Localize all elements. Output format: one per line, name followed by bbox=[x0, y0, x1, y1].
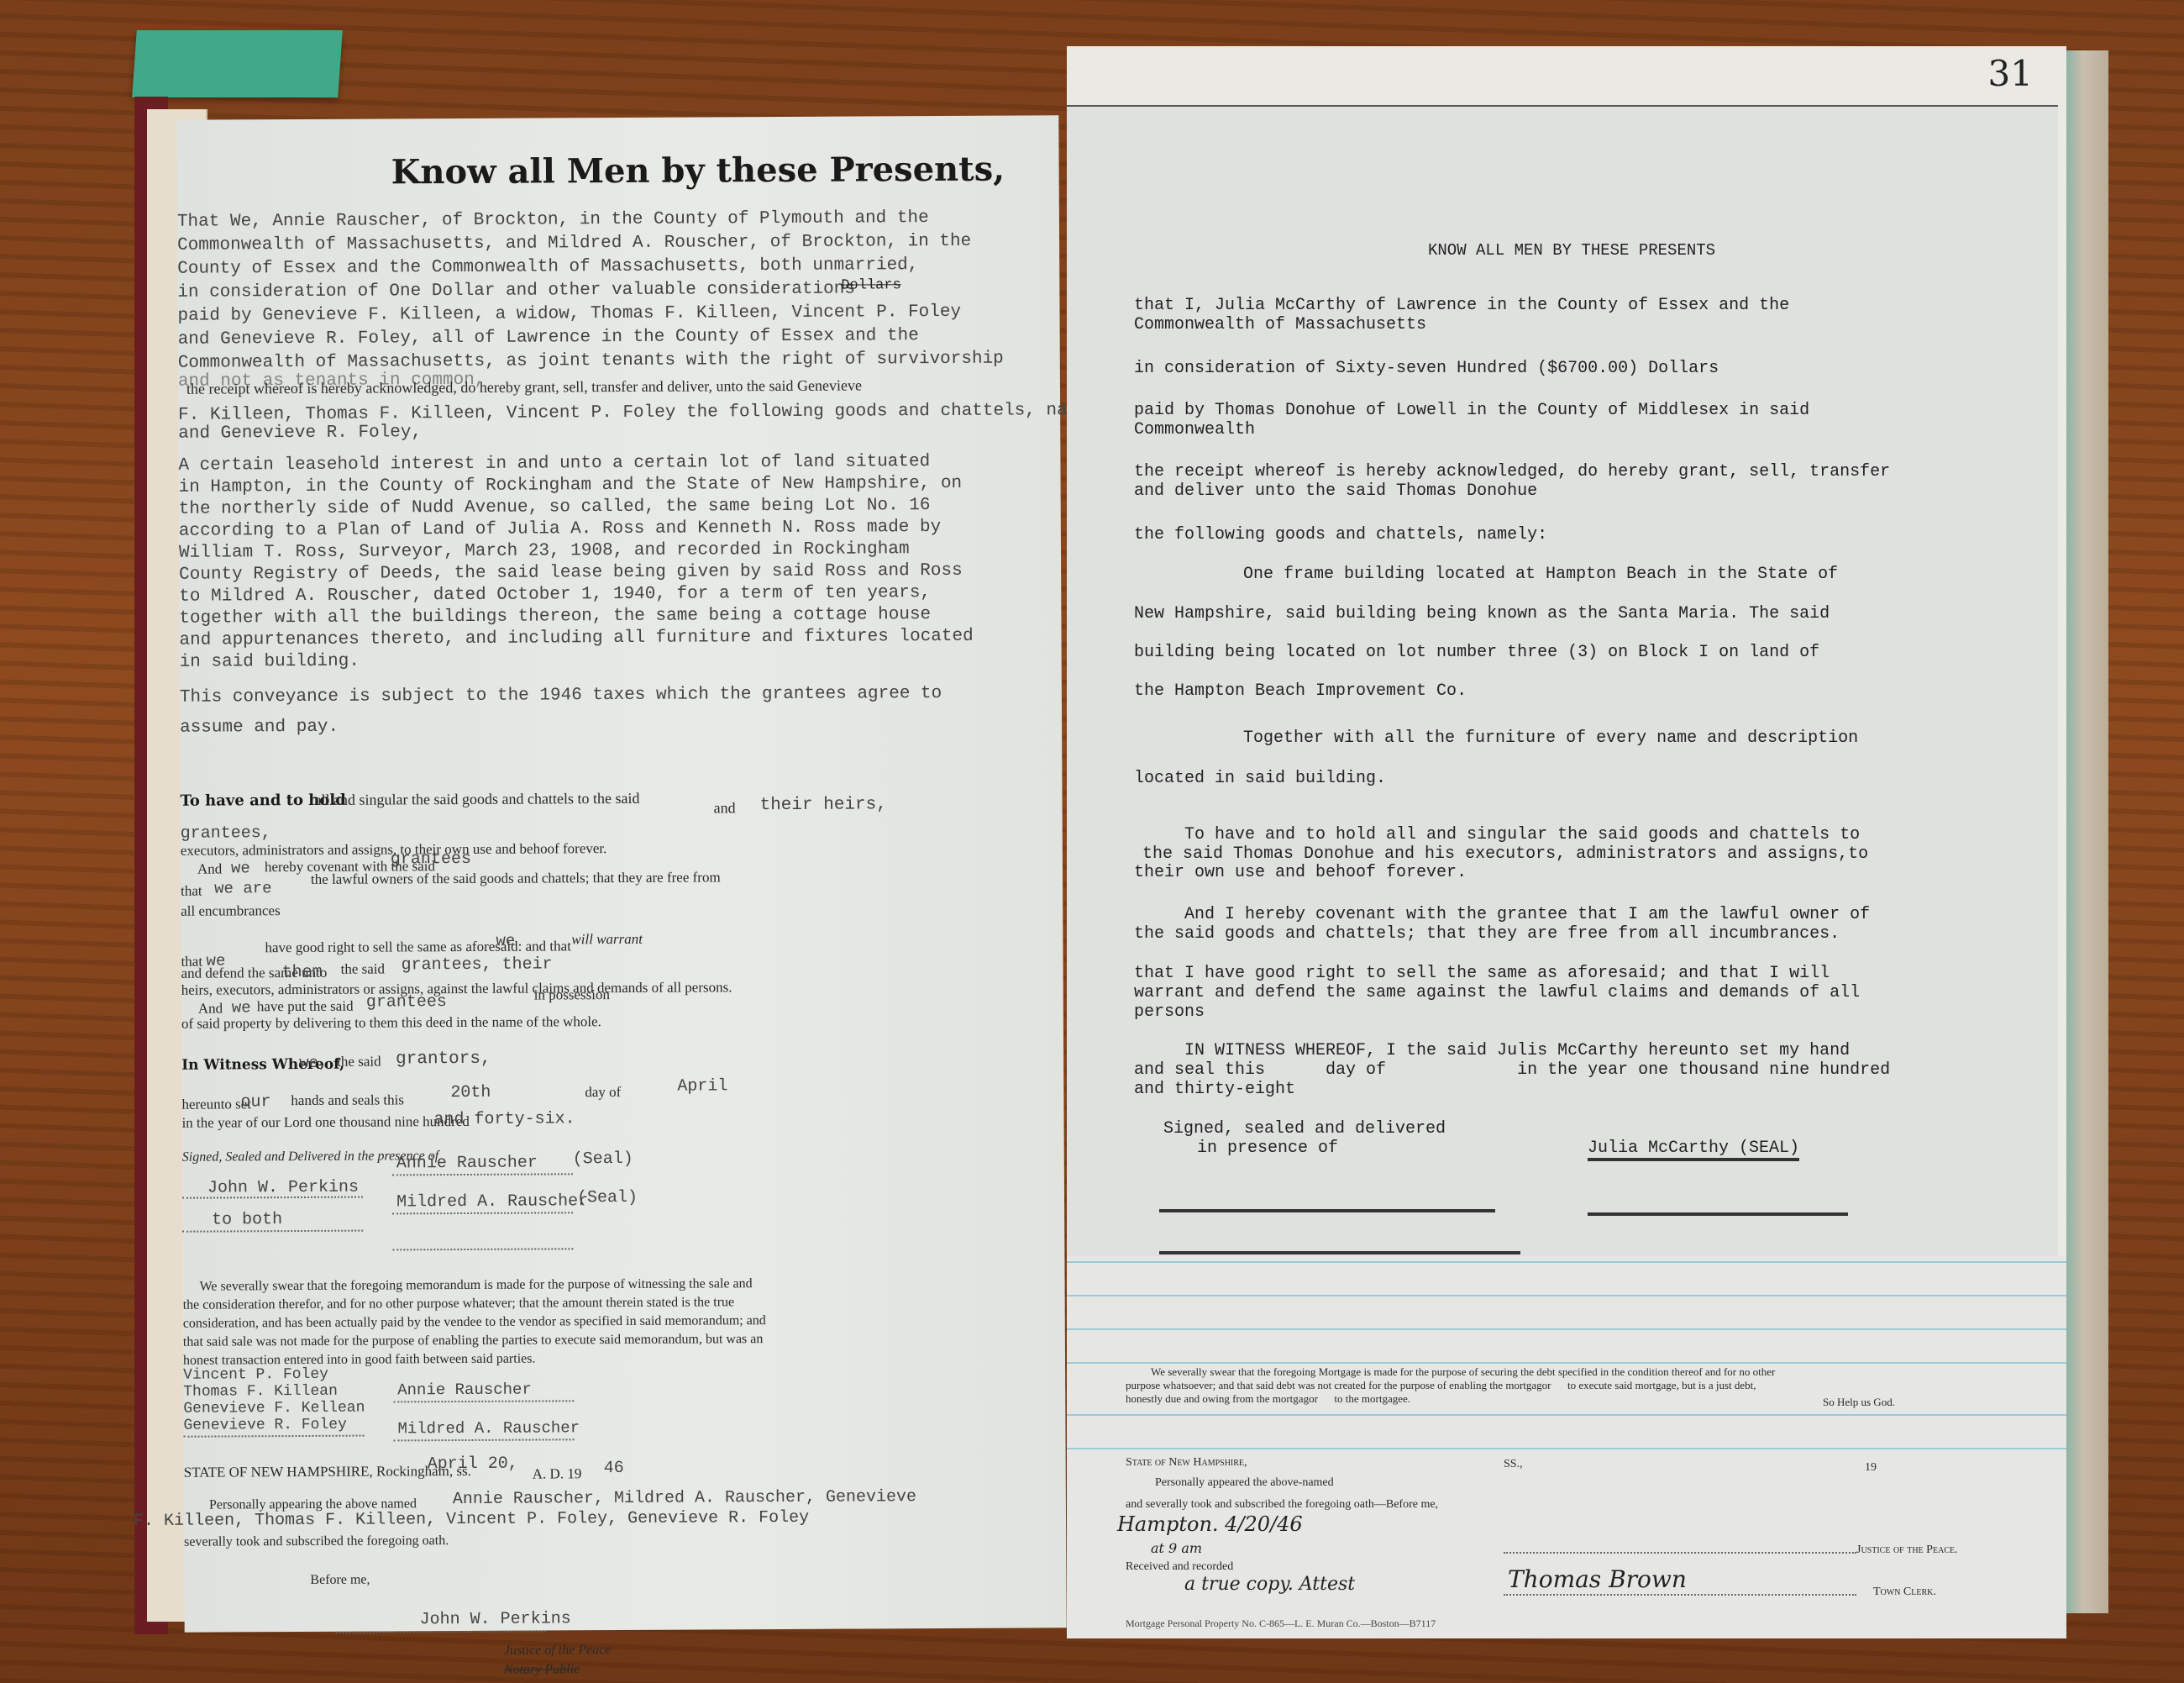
justice-signature: John W. Perkins bbox=[420, 1609, 571, 1629]
typed-fill: grantees, bbox=[181, 823, 271, 844]
text-line: F. Killeen, Thomas F. Killeen, Vincent P… bbox=[178, 401, 1121, 425]
text-line: severally took and subscribed the forego… bbox=[184, 1533, 449, 1550]
text-line: paid by Thomas Donohue of Lowell in the … bbox=[1134, 401, 1809, 420]
text-line: and Genevieve R. Foley, all of Lawrence … bbox=[178, 326, 919, 350]
typed-fill: 20th bbox=[450, 1083, 491, 1102]
typed-fill: their heirs, bbox=[760, 795, 887, 815]
ss-label: SS., bbox=[1504, 1458, 1523, 1471]
text-line: warrant and defend the same against the … bbox=[1134, 983, 1860, 1002]
typed-fill: we bbox=[496, 932, 515, 950]
text-line: and appurtenances thereto, and including… bbox=[179, 627, 973, 650]
text-line: in said building. bbox=[180, 652, 360, 672]
typed-fill: we bbox=[231, 859, 250, 877]
text-line: the lawful owners of the said goods and … bbox=[311, 869, 721, 888]
typed-fill: and forty-six. bbox=[433, 1109, 575, 1129]
typed-fill: grantors, bbox=[396, 1049, 491, 1070]
text-line: in presence of bbox=[1197, 1139, 1338, 1158]
typed-fill: April bbox=[677, 1076, 727, 1096]
text-line: all and singular the said goods and chat… bbox=[314, 790, 639, 809]
state-line: STATE OF NEW HAMPSHIRE, Rockingham, ss. … bbox=[176, 115, 1058, 119]
goods-line: One frame building located at Hampton Be… bbox=[1243, 565, 1838, 584]
text-line: in the year of our Lord one thousand nin… bbox=[181, 1113, 469, 1132]
text-line: in consideration of One Dollar and other… bbox=[177, 280, 855, 302]
text-line: Commonwealth of Massachusetts, as joint … bbox=[178, 350, 1004, 373]
text-line: A. D. 19 bbox=[533, 1465, 582, 1482]
oath-signer: Thomas F. Killean bbox=[183, 1383, 338, 1401]
text-line: their own use and behoof forever. bbox=[1134, 863, 1467, 882]
text-line: honestly due and owing from the mortgago… bbox=[1126, 1392, 1410, 1406]
text-line: Commonwealth of Massachusetts bbox=[1134, 315, 1426, 334]
town-clerk-label: Town Clerk. bbox=[1873, 1586, 1936, 1599]
text-line: We severally swear that the foregoing Mo… bbox=[1151, 1365, 1775, 1379]
text-line: and bbox=[714, 799, 736, 817]
text-line: all encumbrances bbox=[181, 902, 281, 920]
text-line: persons bbox=[1134, 1002, 1205, 1022]
typed-fill: we, bbox=[299, 1054, 328, 1072]
clerk-signature: Thomas Brown bbox=[1508, 1565, 1687, 1593]
text-line: in Hampton, in the County of Rockingham … bbox=[179, 474, 963, 497]
consideration-line: in consideration of Sixty-seven Hundred … bbox=[1134, 359, 1719, 378]
text-line: Together with all the furniture of every… bbox=[1243, 728, 1858, 748]
grantor-signature: Julia McCarthy (SEAL) bbox=[1588, 1139, 1799, 1161]
typed-fill: our bbox=[240, 1092, 270, 1112]
oath-signer: Genevieve F. Kellean bbox=[183, 1400, 365, 1417]
text-line: the consideration therefor, and for no o… bbox=[183, 1295, 735, 1312]
text-line: Commonwealth bbox=[1134, 420, 1255, 439]
grantor-signature-2: Mildred A. Rauscher bbox=[396, 1191, 588, 1212]
typed-fill: April 20, bbox=[428, 1454, 518, 1475]
text-line: that bbox=[181, 883, 202, 900]
signature-section: Signed, Sealed and Delivered in the pres… bbox=[176, 115, 1058, 119]
text-line: have good right to sell the same as afor… bbox=[265, 938, 571, 956]
text-line: that I, Julia McCarthy of Lawrence in th… bbox=[1134, 296, 1789, 315]
typed-fill: we bbox=[232, 998, 251, 1017]
justice-label: Justice of the Peace. bbox=[1856, 1544, 1958, 1557]
text-line: the said goods and chattels; that they a… bbox=[1134, 924, 1840, 944]
grantors-block: That We, Annie Rauscher, of Brockton, in… bbox=[176, 115, 1058, 119]
text-line: the said bbox=[337, 1054, 381, 1070]
witness-section: In Witness Whereof, we, the said grantor… bbox=[176, 115, 1058, 119]
text-line: the following goods and chattels, namely… bbox=[1134, 525, 1547, 544]
text-line: County Registry of Deeds, the said lease… bbox=[179, 561, 963, 585]
text-line: and severally took and subscribed the fo… bbox=[1126, 1498, 1438, 1512]
text-line: day of bbox=[585, 1084, 621, 1101]
state-label: State of New Hampshire, bbox=[1126, 1456, 1247, 1470]
text-line: That We, Annie Rauscher, of Brockton, in… bbox=[177, 208, 929, 232]
oath-signer: Annie Rauscher bbox=[397, 1381, 532, 1400]
typed-fill: them bbox=[282, 963, 323, 982]
text-line: the said bbox=[341, 960, 386, 977]
left-page: Know all Men by these Presents, That We,… bbox=[176, 115, 1066, 1632]
oath-section: We severally swear that the foregoing me… bbox=[176, 115, 1058, 119]
oath-signer: Genevieve R. Foley bbox=[183, 1417, 347, 1434]
right-page: 31 KNOW ALL MEN BY THESE PRESENTS that I… bbox=[1067, 46, 2066, 1638]
text-line: County of Essex and the Commonwealth of … bbox=[177, 255, 918, 279]
text-line: the receipt whereof is hereby acknowledg… bbox=[1134, 462, 1890, 481]
typed-fill: grantees, their bbox=[402, 955, 553, 975]
text-line: heirs, executors, administrators or assi… bbox=[181, 979, 732, 998]
witness-signature: John W. Perkins bbox=[207, 1178, 359, 1198]
text-line: A certain leasehold interest in and unto… bbox=[178, 452, 930, 476]
year-prefix: 19 bbox=[1865, 1461, 1877, 1475]
text-line: Signed, sealed and delivered bbox=[1163, 1119, 1446, 1139]
typed-fill: F. Killeen, Thomas F. Killeen, Vincent P… bbox=[134, 1508, 809, 1531]
typed-fill: grantees bbox=[366, 992, 447, 1012]
oath-signer: Mildred A. Rauscher bbox=[397, 1418, 580, 1438]
printed-mortgage-form: We severally swear that the foregoing Mo… bbox=[1067, 1256, 2066, 1638]
oath-signer: Vincent P. Foley bbox=[183, 1366, 328, 1384]
text-line: that I have good right to sell the same … bbox=[1134, 964, 1830, 983]
text-line: to Mildred A. Rouscher, dated October 1,… bbox=[179, 583, 931, 607]
text-line: consideration, and has been actually pai… bbox=[183, 1313, 766, 1332]
goods-line: building being located on lot number thr… bbox=[1134, 643, 1819, 662]
text-line: paid by Genevieve F. Killeen, a widow, T… bbox=[177, 302, 961, 326]
handwritten-attest: a true copy. Attest bbox=[1184, 1574, 1355, 1595]
text-line: will warrant bbox=[571, 931, 643, 948]
typed-fill: Annie Rauscher, Mildred A. Rauscher, Gen… bbox=[453, 1487, 916, 1509]
text-line: Commonwealth of Massachusetts, and Mildr… bbox=[177, 232, 971, 255]
right-title: KNOW ALL MEN BY THESE PRESENTS bbox=[1428, 241, 1715, 260]
typed-fill: we are bbox=[214, 879, 272, 897]
goods-line: the Hampton Beach Improvement Co. bbox=[1134, 681, 1467, 701]
text-line: the receipt whereof is hereby acknowledg… bbox=[186, 376, 862, 397]
tax-clause: assume and pay. bbox=[180, 718, 339, 738]
grantor-signature-1: Annie Rauscher bbox=[396, 1154, 538, 1174]
text-line: and thirty-eight bbox=[1134, 1080, 1295, 1099]
text-line: of said property by delivering to them t… bbox=[181, 1013, 601, 1033]
typed-fill: grantees bbox=[391, 849, 471, 870]
seal-label: (Seal) bbox=[573, 1149, 633, 1169]
text-line: and seal this day of in the year one tho… bbox=[1134, 1060, 1890, 1080]
text-line: And bbox=[197, 860, 222, 877]
typed-fill: 46 bbox=[604, 1459, 624, 1478]
text-line: the said Thomas Donohue and his executor… bbox=[1142, 844, 1868, 864]
property-description: A certain leasehold interest in and unto… bbox=[176, 115, 1058, 119]
text-line: in possession bbox=[534, 986, 610, 1003]
notary-struck: Notary Public bbox=[504, 1662, 580, 1677]
seal-label: (Seal) bbox=[577, 1188, 638, 1207]
handwritten-time: at 9 am bbox=[1151, 1540, 1202, 1556]
text-line: Personally appeared the above-named bbox=[1155, 1476, 1334, 1490]
text-line: Received and recorded bbox=[1126, 1560, 1233, 1574]
text-line: purpose whatsoever; and that said debt w… bbox=[1126, 1379, 1756, 1392]
right-page-stack bbox=[2066, 50, 2108, 1613]
struck-dollars: Dollars bbox=[841, 277, 901, 293]
text-line: that said sale was not made for the purp… bbox=[183, 1332, 764, 1350]
habendum-section: To have and to hold all and singular the… bbox=[176, 115, 1058, 119]
text-line: hands and seals this bbox=[291, 1091, 404, 1109]
green-tape-tab bbox=[132, 30, 343, 97]
before-me-label: Before me, bbox=[310, 1573, 370, 1588]
left-title: Know all Men by these Presents, bbox=[391, 150, 1005, 192]
text-line: And I hereby covenant with the grantee t… bbox=[1184, 905, 1870, 924]
witness-note: to both bbox=[212, 1210, 282, 1229]
text-line: according to a Plan of Land of Julia A. … bbox=[179, 518, 941, 541]
text-line: IN WITNESS WHEREOF, I the said Julis McC… bbox=[1184, 1041, 1850, 1060]
help-us-god: So Help us God. bbox=[1823, 1396, 1895, 1409]
text-line: We severally swear that the foregoing me… bbox=[200, 1276, 753, 1294]
text-line: located in said building. bbox=[1134, 769, 1386, 788]
text-line: and Genevieve R. Foley, bbox=[178, 423, 422, 444]
form-footer: Mortgage Personal Property No. C-865—L. … bbox=[1126, 1617, 1436, 1630]
text-line: the northerly side of Nudd Avenue, so ca… bbox=[179, 496, 931, 519]
text-line: To have and to hold all and singular the… bbox=[1184, 825, 1860, 844]
handwritten-date: Hampton. 4/20/46 bbox=[1117, 1512, 1303, 1536]
justice-title: Justice of the Peace bbox=[504, 1643, 612, 1659]
tax-clause: This conveyance is subject to the 1946 t… bbox=[180, 684, 942, 707]
text-line: have put the said bbox=[257, 998, 354, 1016]
text-line: and deliver unto the said Thomas Donohue bbox=[1134, 481, 1537, 501]
goods-line: New Hampshire, said building being known… bbox=[1134, 604, 1830, 623]
text-line: William T. Ross, Surveyor, March 23, 190… bbox=[179, 539, 910, 563]
page-number: 31 bbox=[1988, 53, 2033, 94]
text-line: together with all the buildings thereon,… bbox=[179, 605, 931, 628]
typed-bill-of-sale-sheet: KNOW ALL MEN BY THESE PRESENTS that I, J… bbox=[1067, 105, 2058, 1258]
